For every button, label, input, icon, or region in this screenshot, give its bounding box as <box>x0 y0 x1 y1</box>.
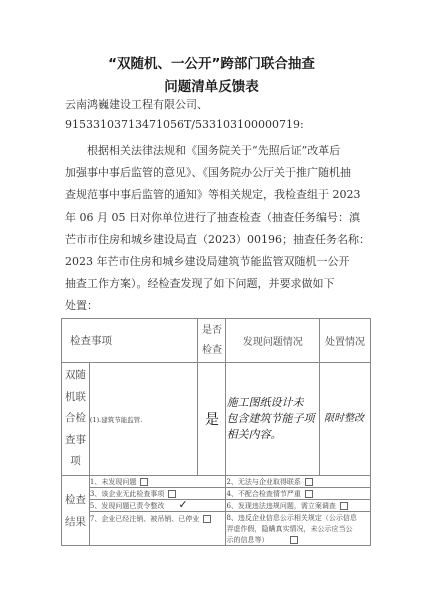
document-title-line2: 问题清单反馈表 <box>0 75 423 95</box>
header-checked-text: 是否检查 <box>201 321 223 361</box>
result-option-text: 2、无法与企业取得联系 <box>226 478 300 486</box>
checkbox-icon[interactable] <box>305 478 313 486</box>
recipient-name: 云南鸿巍建设工程有限公司、 <box>65 96 208 112</box>
findings-line: 相关内容。 <box>226 427 319 443</box>
checkbox-icon[interactable] <box>305 490 313 498</box>
result-option-7: 7、企业已经注销、被吊销、已停业 <box>89 512 226 546</box>
result-option-1: 1、未发现问题 <box>89 476 226 488</box>
result-label: 检查 结果 <box>62 476 90 546</box>
paragraph-line: 查规范事中事后监管的通知》等相关规定，我检查组于 2023 <box>65 184 383 206</box>
header-findings: 发现问题情况 <box>226 319 320 363</box>
checkbox-icon[interactable] <box>290 536 298 544</box>
inspection-feedback-table: 检查事项 是否检查 发现问题情况 处置情况 双随 机联 合检 查事 项 (1).… <box>61 318 371 546</box>
result-option-2: 2、无法与企业取得联系 <box>226 476 371 488</box>
result-option-3: 3、该企业无此检查事项 <box>89 488 226 500</box>
paragraph-line: 年 06 月 05 日对你单位进行了抽查检查（抽查任务编号：滇 <box>65 207 383 229</box>
result-label-line: 检查 <box>62 489 89 511</box>
checked-value: 是 <box>198 363 226 476</box>
result-option-4: 4、不配合检查情节严重 <box>226 488 371 500</box>
recipient-code: 91533103713471056T/533103100000719: <box>65 118 304 131</box>
checkbox-icon[interactable] <box>168 490 176 498</box>
result-option-8: 8、违反企业信息公示相关规定（公示信息 <box>226 512 371 524</box>
findings-line: 施工图纸设计未 <box>226 395 319 411</box>
result-option-text: 3、该企业无此检查事项 <box>90 490 164 498</box>
paragraph-line: 根据相关法律法规和《国务院关于“先照后证”改革后 <box>65 140 383 162</box>
paragraph-line: 2023 年芒市住房和城乡建设局建筑节能监管双随机一公开 <box>65 251 383 273</box>
findings-value: 施工图纸设计未 包含建筑节能子项 相关内容。 <box>226 363 320 476</box>
document-title-line1: “双随机、一公开”跨部门联合抽查 <box>0 52 423 72</box>
result-row: 检查 结果 1、未发现问题 2、无法与企业取得联系 <box>62 476 371 488</box>
result-label-line: 结果 <box>62 511 89 533</box>
result-option-text: 1、未发现问题 <box>90 478 136 486</box>
result-row: 5、发现问题已责令整改✓ 6、发现违法违规问题，需立案调查 <box>62 500 371 512</box>
result-option-text: 8、违反企业信息公示相关规定（公示信息 <box>226 514 356 522</box>
result-option-text: 示的信息等） <box>226 536 268 544</box>
header-checked: 是否检查 <box>198 319 226 363</box>
disposal-value: 限时整改 <box>320 363 371 476</box>
findings-line: 包含建筑节能子项 <box>226 411 319 427</box>
result-option-text: 5、发现问题已责令整改 <box>90 502 164 510</box>
result-option-text: 7、企业已经注销、被吊销、已停业 <box>90 515 199 523</box>
result-option-5: 5、发现问题已责令整改✓ <box>89 500 226 512</box>
inspection-item: (1).建筑节能监管. <box>89 363 198 476</box>
checkbox-icon[interactable] <box>203 515 211 523</box>
check-mark-icon[interactable]: ✓ <box>178 500 187 510</box>
result-row: 3、该企业无此检查事项 4、不配合检查情节严重 <box>62 488 371 500</box>
section-label: 双随 机联 合检 查事 项 <box>62 363 90 476</box>
notice-paragraph: 根据相关法律法规和《国务院关于“先照后证”改革后 加强事中事后监管的意见》、《国… <box>65 140 383 318</box>
result-option-text: 6、发现违法违规问题，需立案调查 <box>226 502 335 510</box>
result-option-text: 4、不配合检查情节严重 <box>226 490 300 498</box>
table-row: 双随 机联 合检 查事 项 (1).建筑节能监管. 是 施工图纸设计未 包含建筑… <box>62 363 371 476</box>
result-option-text: 弄虚作假，隐瞒真实情况，未公示应当公 <box>226 525 352 533</box>
paragraph-line: 加强事中事后监管的意见》、《国务院办公厅关于推广随机抽 <box>65 162 383 184</box>
result-option-6: 6、发现违法违规问题，需立案调查 <box>226 500 371 512</box>
section-label-line: 双随 <box>62 365 89 387</box>
table-header-row: 检查事项 是否检查 发现问题情况 处置情况 <box>62 319 371 363</box>
section-label-line: 机联 <box>62 387 89 409</box>
paragraph-line: 处置： <box>65 295 383 317</box>
paragraph-line: 芒市市住房和城乡建设局直（2023）00196；抽查任务名称： <box>65 229 383 251</box>
result-row: 7、企业已经注销、被吊销、已停业 8、违反企业信息公示相关规定（公示信息 <box>62 512 371 524</box>
section-label-line: 合检 <box>62 408 89 430</box>
section-label-line: 查事 <box>62 430 89 452</box>
header-disposal: 处置情况 <box>320 319 371 363</box>
result-option-8-cont: 弄虚作假，隐瞒真实情况，未公示应当公 <box>226 523 371 534</box>
result-option-8-cont: 示的信息等） <box>226 534 371 546</box>
checkbox-icon[interactable] <box>340 502 348 510</box>
paragraph-line: 抽查工作方案）。经检查发现了如下问题，并要求做如下 <box>65 273 383 295</box>
checkbox-icon[interactable] <box>140 478 148 486</box>
section-label-line: 项 <box>62 451 89 473</box>
header-inspection-item: 检查事项 <box>62 319 198 363</box>
